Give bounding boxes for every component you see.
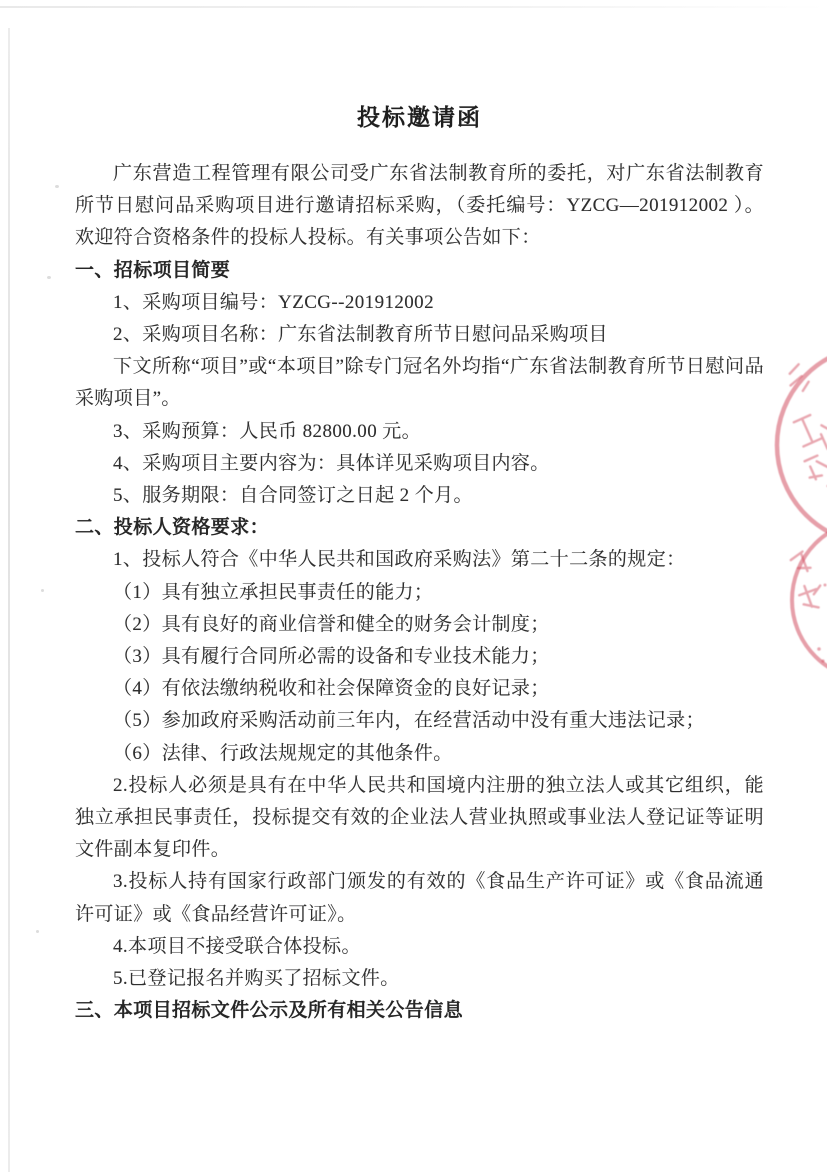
red-seal-lower-ring xyxy=(792,520,827,680)
red-seal-upper-text-marks xyxy=(766,363,827,502)
red-seal-lower xyxy=(786,520,827,680)
project-definition-note: 下文所称“项目”或“本项目”除专门冠名外均指“广东省法制教育所节日慰问品采购项目… xyxy=(75,351,764,415)
qualification-clause-2: （2）具有良好的商业信誉和健全的财务会计制度； xyxy=(75,609,764,641)
qualification-clause-1: （1）具有独立承担民事责任的能力； xyxy=(75,577,764,609)
section-3-heading: 三、本项目招标文件公示及所有相关公告信息 xyxy=(75,995,764,1027)
scanned-document-page: 投标邀请函 广东营造工程管理有限公司受广东省法制教育所的委托，对广东省法制教育所… xyxy=(0,0,827,1172)
scan-edge-left-line xyxy=(8,28,10,1172)
red-seal-upper-ring xyxy=(777,346,827,544)
scan-speck xyxy=(55,185,59,188)
red-seal-lower-dots xyxy=(817,584,826,663)
document-body: 投标邀请函 广东营造工程管理有限公司受广东省法制教育所的委托，对广东省法制教育所… xyxy=(75,103,764,1027)
requirement-2: 2.投标人必须是具有在中华人民共和国境内注册的独立法人或其它组织，能独立承担民事… xyxy=(75,770,764,867)
intro-paragraph: 广东营造工程管理有限公司受广东省法制教育所的委托，对广东省法制教育所节日慰问品采… xyxy=(75,158,764,255)
item-main-content: 4、采购项目主要内容为：具体详见采购项目内容。 xyxy=(75,448,764,480)
item-purchase-name: 2、采购项目名称：广东省法制教育所节日慰问品采购项目 xyxy=(75,319,764,351)
scan-speck xyxy=(41,589,44,592)
red-seal-lower-text-marks xyxy=(786,548,827,629)
section-2-heading: 二、投标人资格要求： xyxy=(75,512,764,544)
qualification-clause-5: （5）参加政府采购活动前三年内，在经营活动中没有重大违法记录； xyxy=(75,705,764,737)
red-seal-upper xyxy=(766,346,827,544)
qualification-intro: 1、投标人符合《中华人民共和国政府采购法》第二十二条的规定： xyxy=(75,544,764,576)
scan-edge-top-line xyxy=(0,6,827,8)
qualification-clause-6: （6）法律、行政法规规定的其他条件。 xyxy=(75,738,764,770)
scan-speck xyxy=(36,930,39,933)
item-purchase-number: 1、采购项目编号：YZCG--201912002 xyxy=(75,287,764,319)
qualification-clause-3: （3）具有履行合同所必需的设备和专业技术能力； xyxy=(75,641,764,673)
requirement-5: 5.已登记报名并购买了招标文件。 xyxy=(75,963,764,995)
section-1-heading: 一、招标项目简要 xyxy=(75,255,764,287)
requirement-4: 4.本项目不接受联合体投标。 xyxy=(75,931,764,963)
scan-speck xyxy=(47,276,51,279)
qualification-clause-4: （4）有依法缴纳税收和社会保障资金的良好记录； xyxy=(75,673,764,705)
item-service-period: 5、服务期限：自合同签订之日起 2 个月。 xyxy=(75,480,764,512)
requirement-3: 3.投标人持有国家行政部门颁发的有效的《食品生产许可证》或《食品流通许可证》或《… xyxy=(75,866,764,930)
document-title: 投标邀请函 xyxy=(75,103,764,133)
item-budget: 3、采购预算：人民币 82800.00 元。 xyxy=(75,416,764,448)
